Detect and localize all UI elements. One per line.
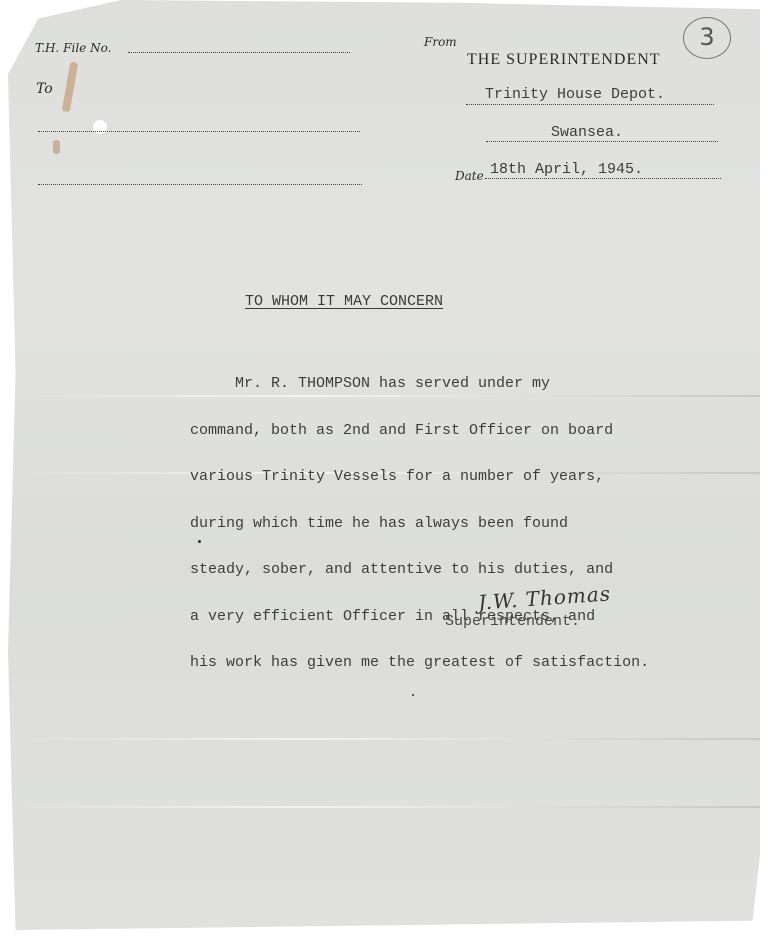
body-line: steady, sober, and attentive to his duti…: [190, 562, 649, 578]
from-address-line-1: Trinity House Depot.: [485, 86, 665, 103]
page-number-circle: 3: [683, 17, 731, 59]
from-label: From: [424, 35, 457, 49]
date-label: Date: [455, 169, 484, 183]
to-label: To: [36, 81, 53, 97]
from-title: THE SUPERINTENDENT: [467, 51, 661, 69]
signatory-title: Superintendent.: [445, 613, 580, 630]
letter-body: Mr. R. THOMPSON has served under my comm…: [190, 345, 649, 686]
body-line: command, both as 2nd and First Officer o…: [190, 423, 649, 439]
file-no-field: [128, 52, 350, 53]
to-address-line-2: [38, 184, 362, 185]
file-no-label: T.H. File No.: [35, 41, 111, 55]
from-address-line-2: Swansea.: [551, 124, 623, 141]
from-address-line-2-rule: [486, 141, 718, 142]
ink-speck: [198, 540, 201, 543]
body-line: a very efficient Officer in all respects…: [190, 609, 649, 625]
body-line: Mr. R. THOMPSON has served under my: [190, 376, 649, 392]
ink-speck: [412, 694, 414, 696]
rust-stain: [53, 140, 60, 154]
date-value: 18th April, 1945.: [490, 161, 643, 178]
body-line: his work has given me the greatest of sa…: [190, 655, 649, 671]
to-address-line-1: [38, 131, 360, 132]
date-rule: [485, 178, 721, 179]
body-line: various Trinity Vessels for a number of …: [190, 469, 649, 485]
letter-heading: TO WHOM IT MAY CONCERN: [245, 293, 443, 310]
paper-fold: [8, 738, 760, 740]
paper-fold: [8, 806, 760, 808]
from-address-line-1-rule: [466, 104, 714, 105]
body-line: during which time he has always been fou…: [190, 516, 649, 532]
